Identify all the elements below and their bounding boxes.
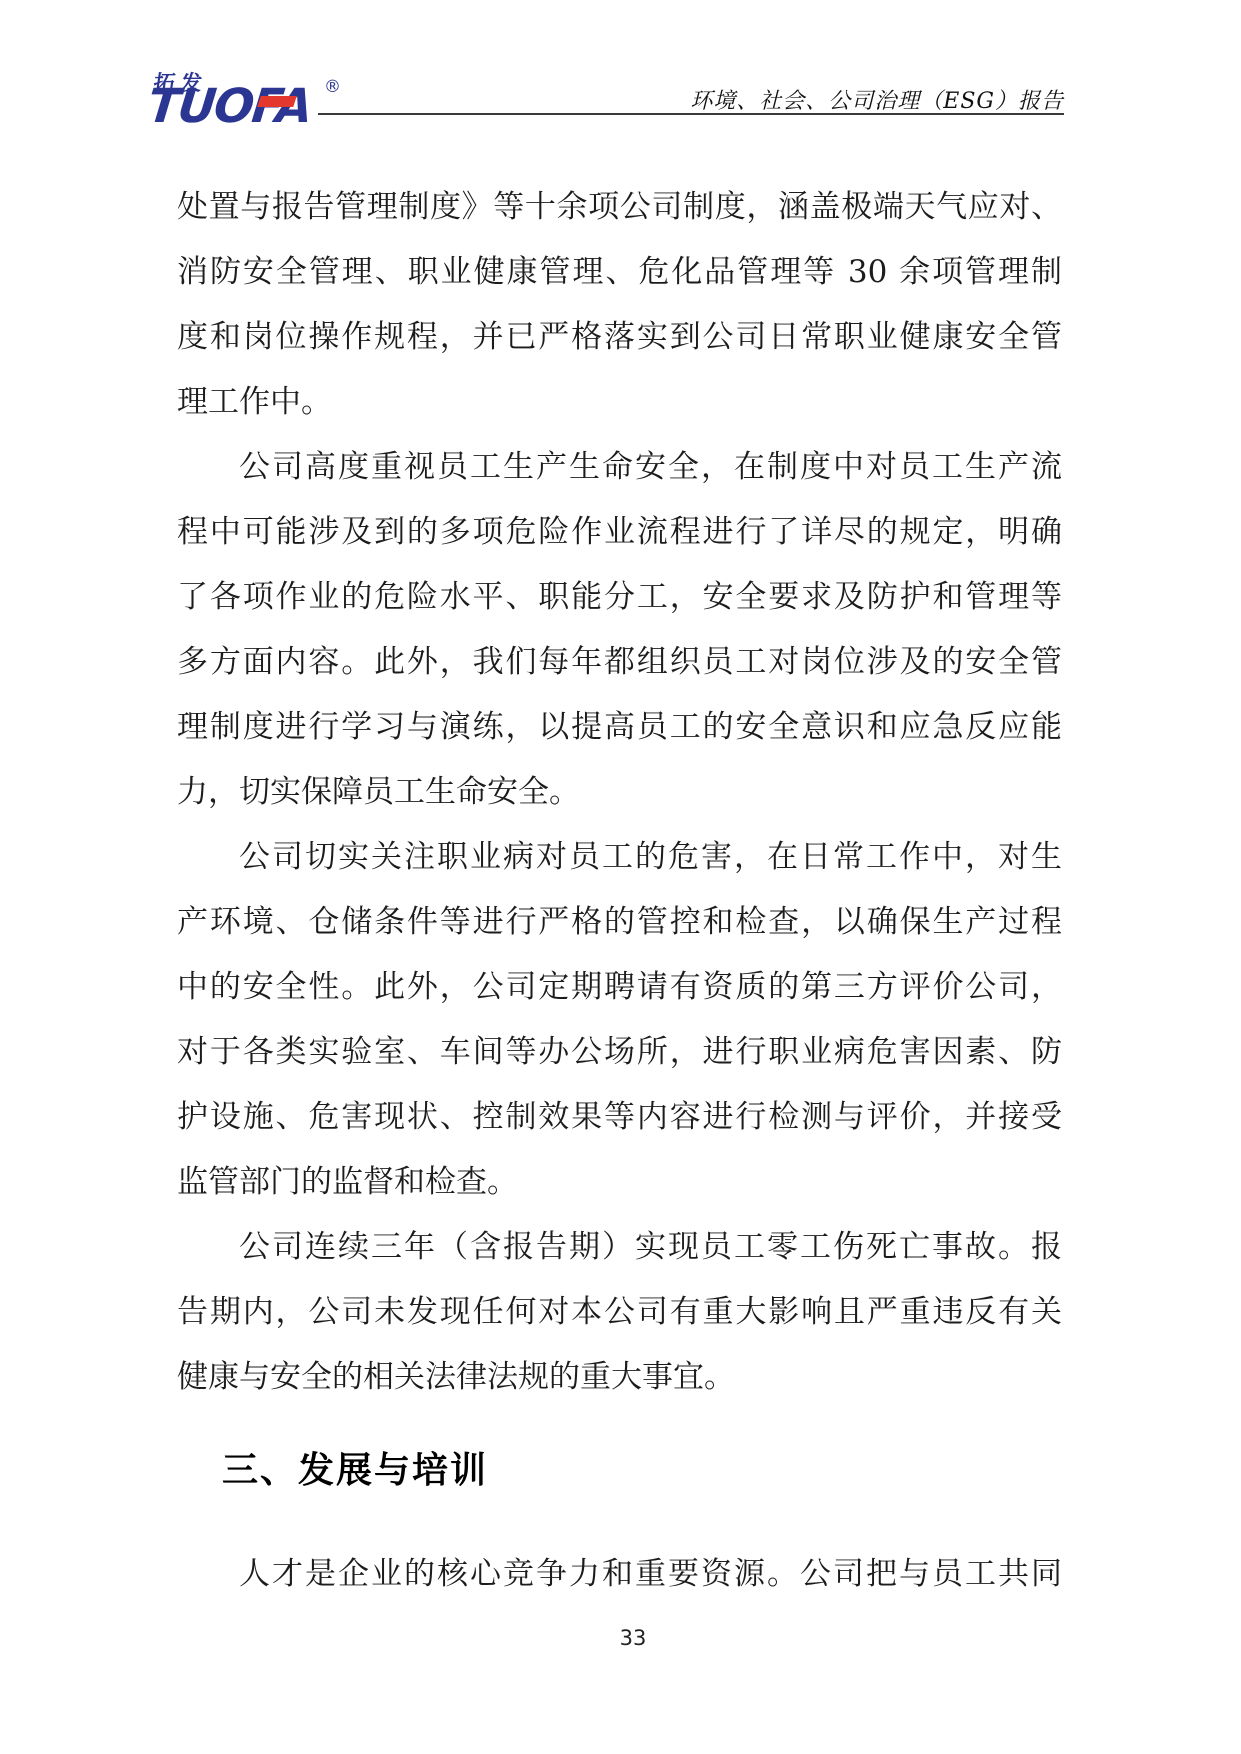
text-line: 产环境、仓储条件等进行严格的管控和检查，以确保生产过程 xyxy=(177,890,1062,955)
page-number: 33 xyxy=(0,1626,1241,1650)
text-line: 度和岗位操作规程，并已严格落实到公司日常职业健康安全管 xyxy=(177,305,1062,370)
report-header-title: 环境、社会、公司治理（ESG）报告 xyxy=(690,84,1064,115)
text-line: 多方面内容。此外，我们每年都组织员工对岗位涉及的安全管 xyxy=(177,630,1062,695)
text-line: 处置与报告管理制度》等十余项公司制度，涵盖极端天气应对、 xyxy=(177,175,1062,240)
company-logo: 拓发 TUOFA ® xyxy=(148,55,348,140)
text-line: 对于各类实验室、车间等办公场所，进行职业病危害因素、防 xyxy=(177,1020,1062,1085)
text-line: 公司高度重视员工生产生命安全，在制度中对员工生产流 xyxy=(177,435,1062,500)
paragraph: 公司高度重视员工生产生命安全，在制度中对员工生产流 程中可能涉及到的多项危险作业… xyxy=(177,435,1062,825)
paragraph: 公司连续三年（含报告期）实现员工零工伤死亡事故。报 告期内，公司未发现任何对本公… xyxy=(177,1215,1062,1410)
text-line: 了各项作业的危险水平、职能分工，安全要求及防护和管理等 xyxy=(177,565,1062,630)
text-line: 力，切实保障员工生命安全。 xyxy=(177,760,1062,825)
header-divider-line xyxy=(318,113,1064,115)
text-line: 公司连续三年（含报告期）实现员工零工伤死亡事故。报 xyxy=(177,1215,1062,1280)
registered-trademark-icon: ® xyxy=(324,77,341,97)
paragraph: 公司切实关注职业病对员工的危害，在日常工作中，对生 产环境、仓储条件等进行严格的… xyxy=(177,825,1062,1215)
text-line: 告期内，公司未发现任何对本公司有重大影响且严重违反有关 xyxy=(177,1280,1062,1345)
text-line: 理制度进行学习与演练，以提高员工的安全意识和应急反应能 xyxy=(177,695,1062,760)
text-line: 程中可能涉及到的多项危险作业流程进行了详尽的规定，明确 xyxy=(177,500,1062,565)
paragraph: 处置与报告管理制度》等十余项公司制度，涵盖极端天气应对、 消防安全管理、职业健康… xyxy=(177,175,1062,435)
text-line: 中的安全性。此外，公司定期聘请有资质的第三方评价公司， xyxy=(177,955,1062,1020)
document-body: 处置与报告管理制度》等十余项公司制度，涵盖极端天气应对、 消防安全管理、职业健康… xyxy=(177,175,1062,1607)
logo-red-bar xyxy=(257,96,297,107)
text-line: 健康与安全的相关法律法规的重大事宜。 xyxy=(177,1345,1062,1410)
text-line: 监管部门的监督和检查。 xyxy=(177,1150,1062,1215)
section-heading: 三、发展与培训 xyxy=(222,1446,1062,1496)
text-line: 理工作中。 xyxy=(177,370,1062,435)
text-line: 消防安全管理、职业健康管理、危化品管理等 30 余项管理制 xyxy=(177,240,1062,305)
text-line: 人才是企业的核心竞争力和重要资源。公司把与员工共同 xyxy=(177,1542,1062,1607)
text-line: 公司切实关注职业病对员工的危害，在日常工作中，对生 xyxy=(177,825,1062,890)
paragraph: 人才是企业的核心竞争力和重要资源。公司把与员工共同 xyxy=(177,1542,1062,1607)
text-line: 护设施、危害现状、控制效果等内容进行检测与评价，并接受 xyxy=(177,1085,1062,1150)
